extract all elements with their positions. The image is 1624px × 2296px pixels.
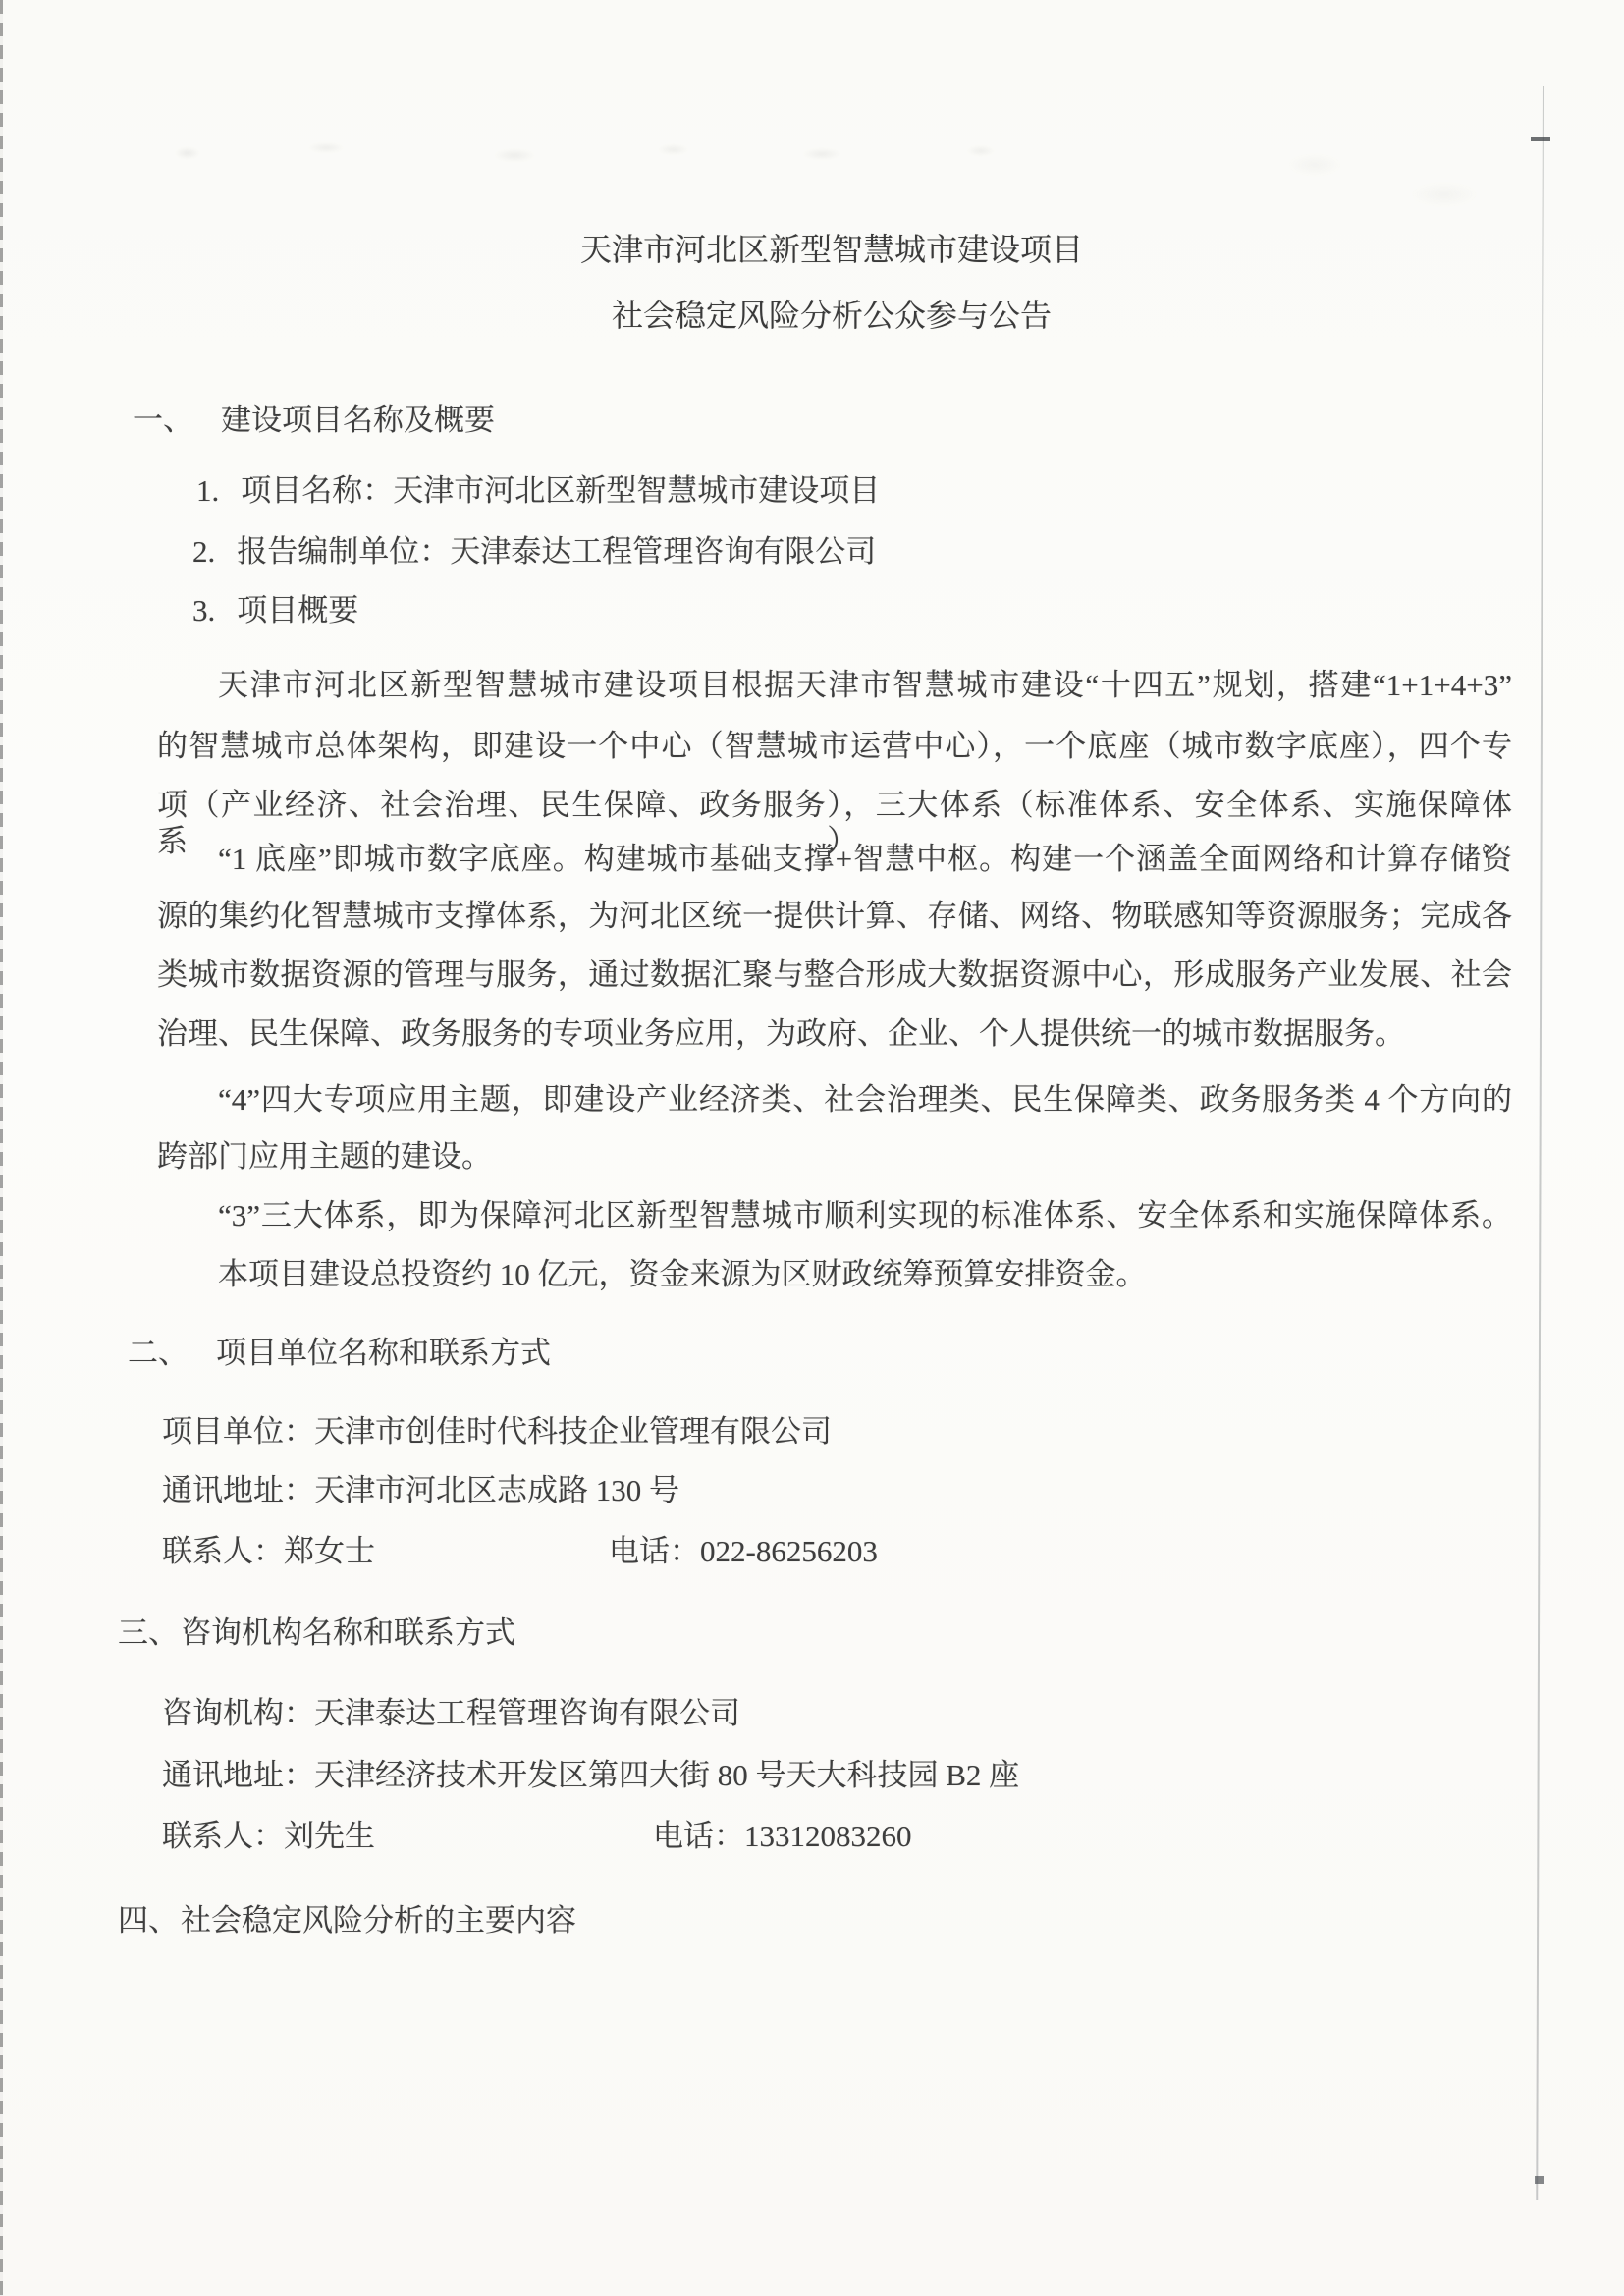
paragraph-line: 源的集约化智慧城市支撑体系，为河北区统一提供计算、存储、网络、物联感知等资源服务…	[157, 898, 1512, 934]
scan-noise-band	[108, 131, 1100, 176]
document-title-line1: 天津市河北区新型智慧城市建设项目	[20, 232, 1624, 268]
section3-number: 三、	[118, 1614, 179, 1651]
section3-heading-text: 咨询机构名称和联系方式	[181, 1615, 515, 1650]
paragraph-line: 治理、民生保障、政务服务的专项业务应用，为政府、企业、个人提供统一的城市数据服务…	[157, 1015, 1405, 1052]
section4-number: 四、	[118, 1902, 179, 1939]
paragraph-line: “4”四大专项应用主题，即建设产业经济类、社会治理类、民生保障类、政务服务类 4…	[157, 1081, 1512, 1118]
paragraph-line: 跨部门应用主题的建设。	[157, 1138, 492, 1175]
list-item-text: 项目名称：天津市河北区新型智慧城市建设项目	[241, 473, 880, 508]
contact-person: 联系人：刘先生	[162, 1819, 375, 1853]
contact-row: 联系人：郑女士 电话：022-86256203	[162, 1533, 375, 1569]
project-unit-line: 项目单位：天津市创佳时代科技企业管理有限公司	[162, 1413, 832, 1449]
scan-left-edge-artifact	[0, 0, 3, 2296]
section2-number: 二、	[128, 1335, 189, 1371]
contact-person: 联系人：郑女士	[162, 1534, 375, 1568]
list-item: 3.项目概要	[192, 592, 358, 629]
section4-heading: 四、社会稳定风险分析的主要内容	[118, 1902, 576, 1939]
scan-right-hairline-artifact	[1536, 86, 1544, 2200]
paragraph-line: “1 底座”即城市数字底座。构建城市基础支撑+智慧中枢。构建一个涵盖全面网络和计…	[157, 841, 1512, 877]
list-item-text: 报告编制单位：天津泰达工程管理咨询有限公司	[237, 534, 876, 569]
section1-number: 一、	[133, 402, 193, 438]
section2-heading-text: 项目单位名称和联系方式	[216, 1336, 551, 1370]
section2-heading: 二、项目单位名称和联系方式	[128, 1335, 551, 1371]
address-line: 通讯地址：天津市河北区志成路 130 号	[162, 1472, 679, 1508]
paragraph-line: 类城市数据资源的管理与服务，通过数据汇聚与整合形成大数据资源中心，形成服务产业发…	[157, 957, 1512, 993]
contact-phone: 电话：13312083260	[653, 1818, 912, 1854]
section1-heading: 一、建设项目名称及概要	[133, 402, 495, 438]
document-title-line2: 社会稳定风险分析公众参与公告	[20, 298, 1624, 334]
list-item-number: 1.	[196, 472, 219, 509]
section4-heading-text: 社会稳定风险分析的主要内容	[181, 1903, 576, 1938]
list-item-number: 2.	[192, 533, 215, 570]
section3-heading: 三、咨询机构名称和联系方式	[118, 1614, 515, 1651]
contact-phone: 电话：022-86256203	[609, 1533, 878, 1569]
list-item: 2.报告编制单位：天津泰达工程管理咨询有限公司	[192, 533, 876, 570]
scan-tick-mark-bottom	[1535, 2176, 1544, 2184]
contact-row: 联系人：刘先生 电话：13312083260	[162, 1818, 375, 1854]
scan-smudge-top-right	[1218, 118, 1542, 236]
list-item-text: 项目概要	[237, 593, 358, 628]
paragraph-line: 天津市河北区新型智慧城市建设项目根据天津市智慧城市建设“十四五”规划，搭建“1+…	[157, 667, 1512, 703]
list-item: 1.项目名称：天津市河北区新型智慧城市建设项目	[196, 472, 880, 509]
scanned-document-page: 天津市河北区新型智慧城市建设项目 社会稳定风险分析公众参与公告 一、建设项目名称…	[0, 0, 1624, 2296]
section1-heading-text: 建设项目名称及概要	[221, 403, 495, 437]
paragraph-line: 本项目建设总投资约 10 亿元，资金来源为区财政统筹预算安排资金。	[157, 1256, 1147, 1292]
paragraph-line: 的智慧城市总体架构，即建设一个中心（智慧城市运营中心），一个底座（城市数字底座）…	[157, 728, 1512, 764]
paragraph-line: “3”三大体系，即为保障河北区新型智慧城市顺利实现的标准体系、安全体系和实施保障…	[157, 1197, 1512, 1233]
address-line: 通讯地址：天津经济技术开发区第四大街 80 号天大科技园 B2 座	[162, 1757, 1019, 1793]
list-item-number: 3.	[192, 592, 215, 629]
consult-org-line: 咨询机构：天津泰达工程管理咨询有限公司	[162, 1695, 740, 1731]
